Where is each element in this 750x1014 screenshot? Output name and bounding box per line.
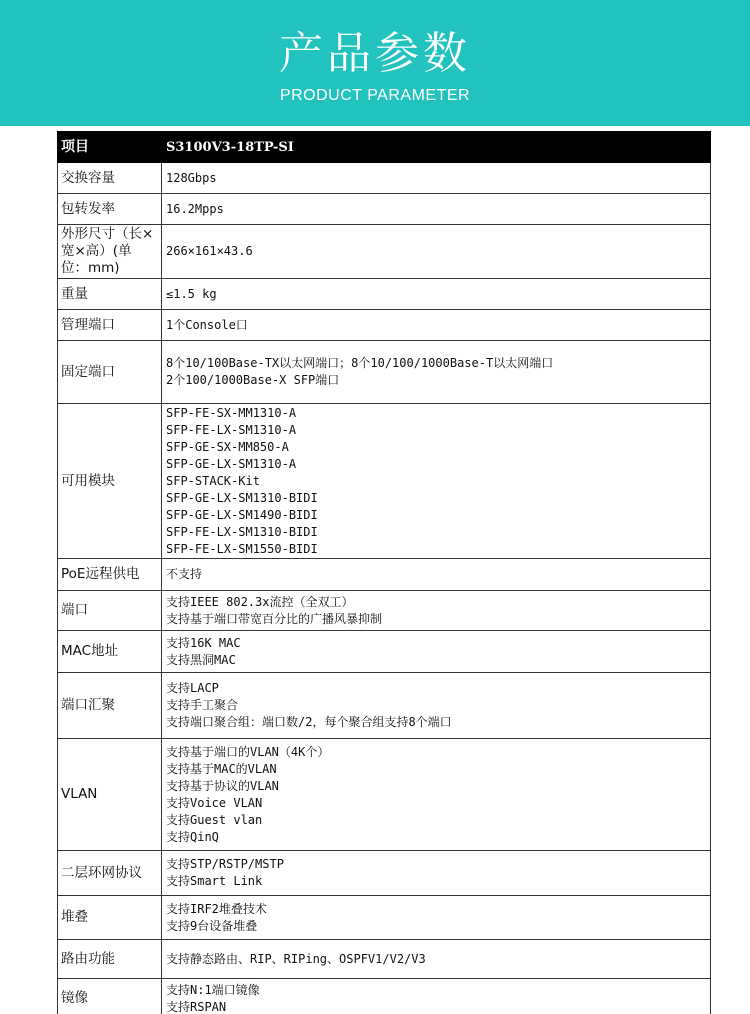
row-label: 二层环网协议 (58, 851, 162, 896)
spec-table: 项目 S3100V3-18TP-SI 交换容量128Gbps包转发率16.2Mp… (57, 131, 711, 1014)
row-label: 堆叠 (58, 896, 162, 940)
value-line: SFP-FE-LX-SM1310-A (166, 422, 707, 439)
value-line: 支持Smart Link (166, 873, 707, 890)
table-row: 二层环网协议支持STP/RSTP/MSTP支持Smart Link (58, 851, 711, 896)
value-line: 8个10/100Base-TX以太网端口；8个10/100/1000Base-T… (166, 355, 707, 372)
table-row: 路由功能支持静态路由、RIP、RIPing、OSPFV1/V2/V3 (58, 940, 711, 979)
row-value: 16.2Mpps (162, 194, 711, 225)
table-row: MAC地址支持16K MAC支持黑洞MAC (58, 631, 711, 673)
header-label: 项目 (58, 132, 162, 163)
value-line: 支持IRF2堆叠技术 (166, 901, 707, 918)
row-value: 支持STP/RSTP/MSTP支持Smart Link (162, 851, 711, 896)
row-label: 端口 (58, 591, 162, 631)
value-line: 支持Voice VLAN (166, 795, 707, 812)
row-value: 8个10/100Base-TX以太网端口；8个10/100/1000Base-T… (162, 341, 711, 404)
row-label: 端口汇聚 (58, 673, 162, 739)
value-line: 支持基于端口带宽百分比的广播风暴抑制 (166, 611, 707, 628)
value-line: SFP-GE-LX-SM1310-BIDI (166, 490, 707, 507)
value-line: SFP-GE-SX-MM850-A (166, 439, 707, 456)
value-line: 支持端口聚合组：端口数/2，每个聚合组支持8个端口 (166, 714, 707, 731)
value-line: 支持黑洞MAC (166, 652, 707, 669)
table-row: 可用模块SFP-FE-SX-MM1310-ASFP-FE-LX-SM1310-A… (58, 404, 711, 559)
value-line: SFP-GE-LX-SM1490-BIDI (166, 507, 707, 524)
value-line: 支持手工聚合 (166, 697, 707, 714)
table-row: 重量≤1.5 kg (58, 279, 711, 310)
table-row: 端口支持IEEE 802.3x流控（全双工）支持基于端口带宽百分比的广播风暴抑制 (58, 591, 711, 631)
row-label: MAC地址 (58, 631, 162, 673)
row-value: 支持LACP支持手工聚合支持端口聚合组：端口数/2，每个聚合组支持8个端口 (162, 673, 711, 739)
row-label: 重量 (58, 279, 162, 310)
table-row: 端口汇聚支持LACP支持手工聚合支持端口聚合组：端口数/2，每个聚合组支持8个端… (58, 673, 711, 739)
value-line: 支持静态路由、RIP、RIPing、OSPFV1/V2/V3 (166, 951, 707, 968)
row-value: 1个Console口 (162, 310, 711, 341)
header-banner: 产品参数 PRODUCT PARAMETER (0, 0, 750, 126)
row-value: 支持IRF2堆叠技术支持9台设备堆叠 (162, 896, 711, 940)
table-row: 外形尺寸（长×宽×高）(单位：mm)266×161×43.6 (58, 225, 711, 279)
row-value: 支持基于端口的VLAN（4K个）支持基于MAC的VLAN支持基于协议的VLAN支… (162, 739, 711, 851)
value-line: 支持QinQ (166, 829, 707, 846)
value-line: SFP-FE-LX-SM1550-BIDI (166, 541, 707, 558)
value-line: SFP-FE-LX-SM1310-BIDI (166, 524, 707, 541)
value-line: 128Gbps (166, 170, 707, 187)
row-value: 支持N:1端口镜像支持RSPAN (162, 979, 711, 1014)
row-label: 交换容量 (58, 163, 162, 194)
value-line: 支持IEEE 802.3x流控（全双工） (166, 594, 707, 611)
value-line: 2个100/1000Base-X SFP端口 (166, 372, 707, 389)
row-label: 外形尺寸（长×宽×高）(单位：mm) (58, 225, 162, 279)
value-line: 16.2Mpps (166, 201, 707, 218)
value-line: 支持LACP (166, 680, 707, 697)
value-line: SFP-FE-SX-MM1310-A (166, 405, 707, 422)
value-line: 支持Guest vlan (166, 812, 707, 829)
row-label: 包转发率 (58, 194, 162, 225)
value-line: SFP-STACK-Kit (166, 473, 707, 490)
table-row: 固定端口8个10/100Base-TX以太网端口；8个10/100/1000Ba… (58, 341, 711, 404)
row-label: 路由功能 (58, 940, 162, 979)
table-row: 镜像支持N:1端口镜像支持RSPAN (58, 979, 711, 1014)
row-value: 266×161×43.6 (162, 225, 711, 279)
value-line: ≤1.5 kg (166, 286, 707, 303)
table-row: 管理端口1个Console口 (58, 310, 711, 341)
value-line: 支持9台设备堆叠 (166, 918, 707, 935)
banner-title: 产品参数 (0, 28, 750, 80)
row-value: 支持IEEE 802.3x流控（全双工）支持基于端口带宽百分比的广播风暴抑制 (162, 591, 711, 631)
row-label: 管理端口 (58, 310, 162, 341)
value-line: 支持基于协议的VLAN (166, 778, 707, 795)
value-line: 支持基于端口的VLAN（4K个） (166, 744, 707, 761)
row-value: 不支持 (162, 559, 711, 591)
row-value: ≤1.5 kg (162, 279, 711, 310)
row-label: 镜像 (58, 979, 162, 1014)
value-line: 1个Console口 (166, 317, 707, 334)
value-line: 266×161×43.6 (166, 243, 707, 260)
table-row: PoE远程供电不支持 (58, 559, 711, 591)
value-line: 支持基于MAC的VLAN (166, 761, 707, 778)
row-label: VLAN (58, 739, 162, 851)
value-line: 支持N:1端口镜像 (166, 982, 707, 999)
row-value: 支持静态路由、RIP、RIPing、OSPFV1/V2/V3 (162, 940, 711, 979)
row-value: 128Gbps (162, 163, 711, 194)
value-line: 不支持 (166, 566, 707, 583)
table-header-row: 项目 S3100V3-18TP-SI (58, 132, 711, 163)
value-line: 支持16K MAC (166, 635, 707, 652)
row-label: PoE远程供电 (58, 559, 162, 591)
value-line: 支持RSPAN (166, 999, 707, 1014)
table-row: VLAN支持基于端口的VLAN（4K个）支持基于MAC的VLAN支持基于协议的V… (58, 739, 711, 851)
table-row: 交换容量128Gbps (58, 163, 711, 194)
row-value: 支持16K MAC支持黑洞MAC (162, 631, 711, 673)
table-row: 堆叠支持IRF2堆叠技术支持9台设备堆叠 (58, 896, 711, 940)
row-label: 固定端口 (58, 341, 162, 404)
banner-subtitle: PRODUCT PARAMETER (0, 86, 750, 106)
value-line: SFP-GE-LX-SM1310-A (166, 456, 707, 473)
header-model: S3100V3-18TP-SI (162, 132, 711, 163)
row-value: SFP-FE-SX-MM1310-ASFP-FE-LX-SM1310-ASFP-… (162, 404, 711, 559)
value-line: 支持STP/RSTP/MSTP (166, 856, 707, 873)
row-label: 可用模块 (58, 404, 162, 559)
table-row: 包转发率16.2Mpps (58, 194, 711, 225)
